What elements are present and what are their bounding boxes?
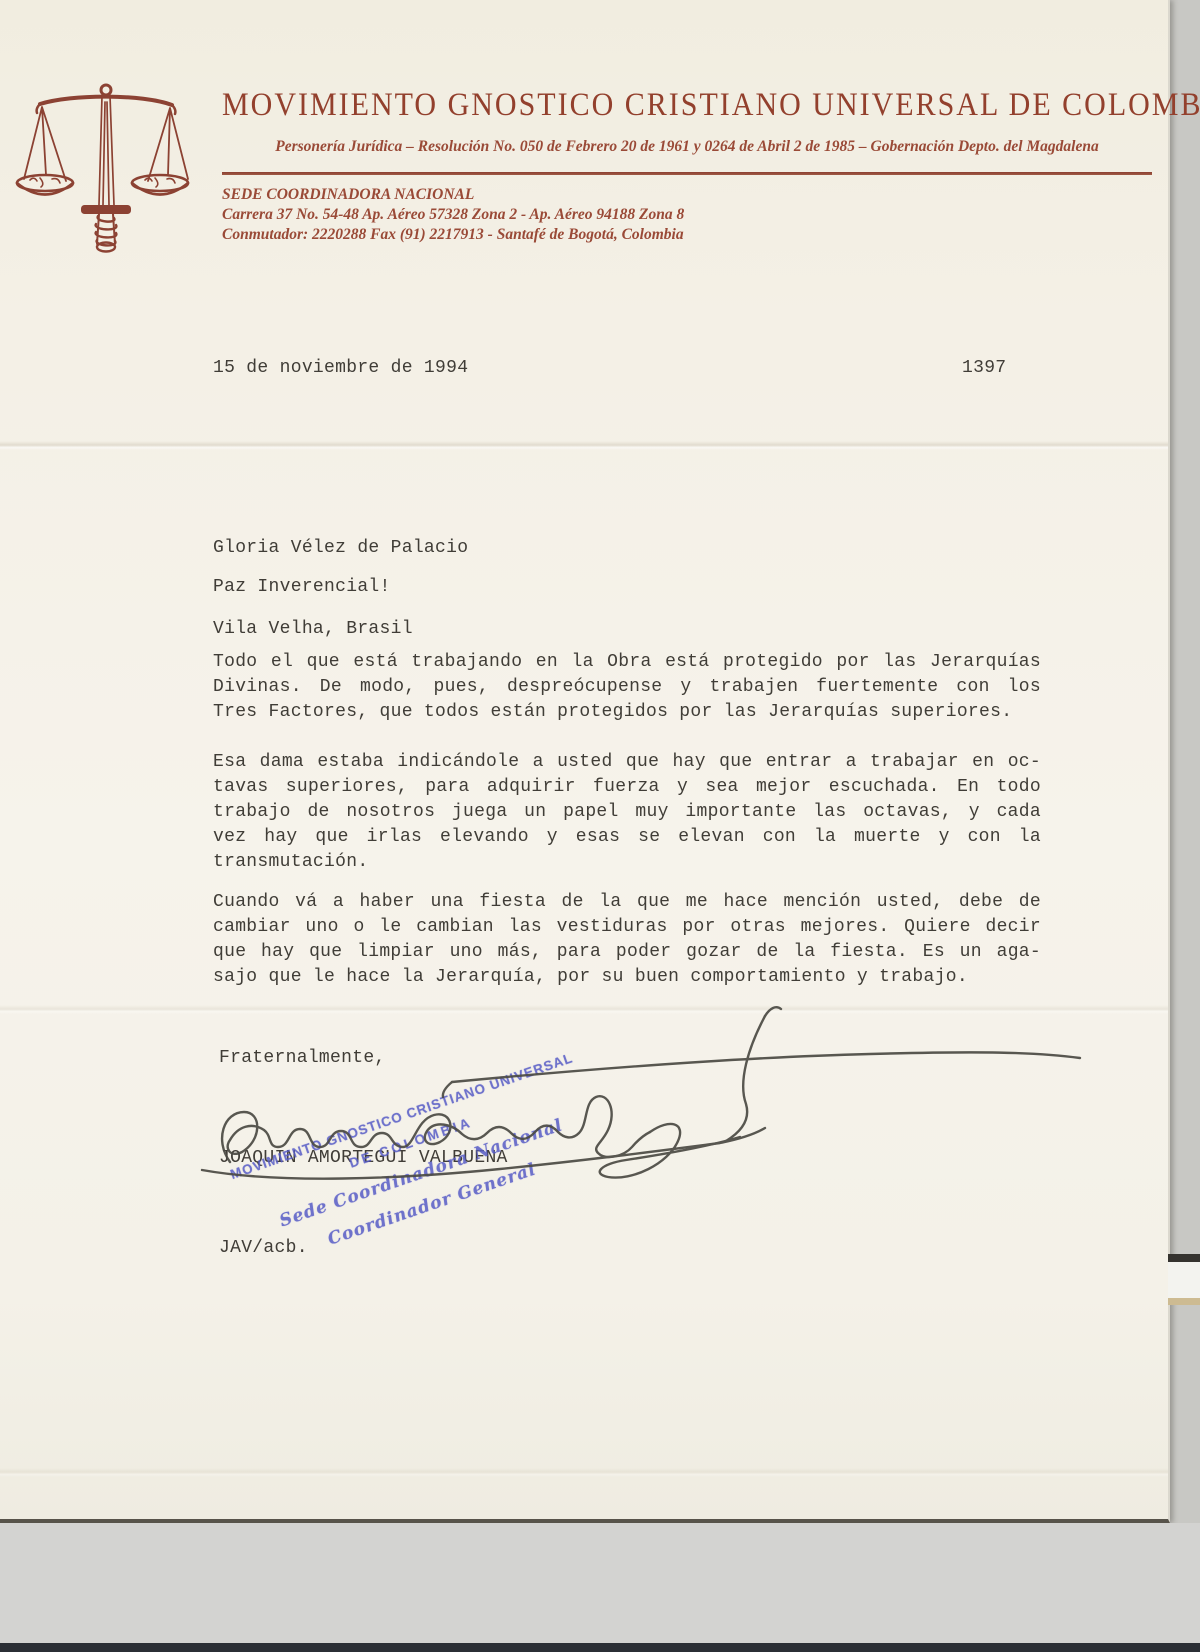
body-line: Todo el que está trabajando en la Obra e… <box>213 650 1041 675</box>
body-line: Divinas. De modo, pues, despreócupense y… <box>213 675 1041 700</box>
body-line: Cuando vá a haber una fiesta de la que m… <box>213 890 1041 915</box>
scan-background-bottom <box>0 1523 1200 1643</box>
scan-background-edge <box>1168 1254 1200 1262</box>
letterhead-address-block: SEDE COORDINADORA NACIONAL Carrera 37 No… <box>222 185 684 245</box>
paper-fold-crease <box>0 441 1168 450</box>
body-line: Tres Factores, que todos están protegido… <box>213 700 1041 725</box>
registration-line: Personería Jurídica – Resolución No. 050… <box>222 138 1152 156</box>
letterhead-rule <box>222 172 1152 175</box>
organization-name: MOVIMIENTO GNOSTICO CRISTIANO UNIVERSAL … <box>222 86 1152 123</box>
paper-fold-crease <box>0 1468 1168 1477</box>
scanned-letter-page: MOVIMIENTO GNOSTICO CRISTIANO UNIVERSAL … <box>0 0 1200 1652</box>
body-line: Esa dama estaba indicándole a usted que … <box>213 750 1041 775</box>
scan-background-edge <box>0 1643 1200 1652</box>
body-line: transmutación. <box>213 850 1041 875</box>
body-line: que hay que limpiar uno más, para poder … <box>213 940 1041 965</box>
recipient-location: Vila Velha, Brasil <box>213 616 468 643</box>
recipient-name: Gloria Vélez de Palacio <box>213 535 468 562</box>
handwritten-signature <box>180 1000 1100 1220</box>
paragraph-2: Esa dama estaba indicándole a usted que … <box>213 750 1041 875</box>
body-line: trabajo de nosotros juega un papel muy i… <box>213 800 1041 825</box>
scan-background-band <box>1168 1262 1200 1298</box>
letter-date: 15 de noviembre de 1994 <box>213 356 468 381</box>
paragraph-1: Todo el que está trabajando en la Obra e… <box>213 650 1041 725</box>
body-line: cambiar uno o le cambian las vestiduras … <box>213 915 1041 940</box>
paragraph-3: Cuando vá a haber una fiesta de la que m… <box>213 890 1041 990</box>
letter-number: 1397 <box>962 356 1006 381</box>
body-line: sajo que le hace la Jerarquía, por su bu… <box>213 965 1041 990</box>
salutation: Paz Inverencial! <box>213 575 391 600</box>
body-line: vez hay que irlas elevando y esas se ele… <box>213 825 1041 850</box>
scan-background-band <box>1168 1298 1200 1305</box>
scales-of-justice-icon <box>2 72 202 254</box>
office-address: Carrera 37 No. 54-48 Ap. Aéreo 57328 Zon… <box>222 205 684 225</box>
office-title: SEDE COORDINADORA NACIONAL <box>222 185 684 205</box>
body-line: tavas superiores, para adquirir fuerza y… <box>213 775 1041 800</box>
office-phone: Conmutador: 2220288 Fax (91) 2217913 - S… <box>222 225 684 245</box>
